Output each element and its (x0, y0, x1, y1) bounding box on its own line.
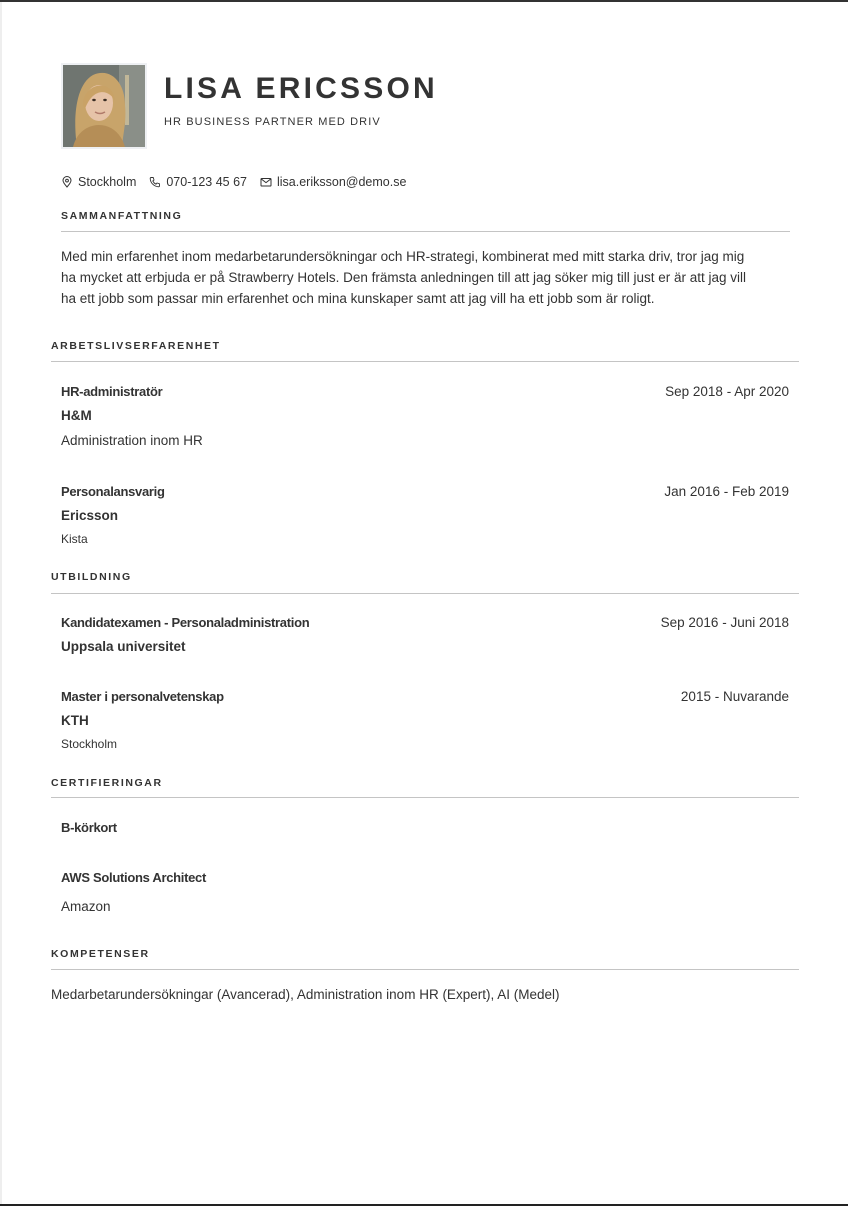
education-entry: Master i personalvetenskap 2015 - Nuvara… (61, 689, 789, 752)
section-title-experience: ARBETSLIVSERFARENHET (51, 340, 221, 352)
email-text: lisa.eriksson@demo.se (277, 175, 406, 189)
certification-entry: AWS Solutions Architect Amazon (61, 870, 789, 915)
section-divider (51, 969, 799, 970)
portrait-image (63, 65, 145, 147)
section-divider (51, 797, 799, 798)
summary-line: Med min erfarenhet inom medarbetarunders… (61, 246, 791, 267)
section-title-certifications: CERTIFIERINGAR (51, 777, 163, 789)
job-company: Ericsson (61, 508, 789, 524)
certification-entry: B-körkort (61, 820, 789, 836)
summary-line: ha ett jobb som passar min erfarenhet oc… (61, 288, 791, 309)
summary-line: ha mycket att erbjuda er på Strawberry H… (61, 267, 791, 288)
school-name: KTH (61, 713, 789, 729)
section-title-skills: KOMPETENSER (51, 948, 150, 960)
map-pin-icon (61, 176, 73, 188)
certification-name: B-körkort (61, 820, 789, 836)
education-entry: Kandidatexamen - Personaladministration … (61, 615, 789, 655)
skills-text: Medarbetarundersökningar (Avancerad), Ad… (51, 987, 559, 1003)
phone-text: 070-123 45 67 (166, 175, 247, 189)
job-dates: Sep 2018 - Apr 2020 (665, 384, 789, 400)
summary-text: Med min erfarenhet inom medarbetarunders… (61, 246, 791, 309)
section-divider (51, 593, 799, 594)
job-dates: Jan 2016 - Feb 2019 (664, 484, 789, 500)
job-description: Administration inom HR (61, 433, 789, 449)
job-company: H&M (61, 408, 789, 424)
section-title-summary: SAMMANFATTNING (61, 210, 182, 222)
education-dates: 2015 - Nuvarande (681, 689, 789, 705)
section-divider (51, 361, 799, 362)
school-location: Stockholm (61, 737, 789, 752)
page-top-border (0, 0, 848, 2)
phone-icon (149, 176, 161, 188)
education-dates: Sep 2016 - Juni 2018 (661, 615, 789, 631)
candidate-tagline: HR BUSINESS PARTNER MED DRIV (164, 115, 438, 129)
certification-name: AWS Solutions Architect (61, 870, 789, 886)
section-title-education: UTBILDNING (51, 571, 132, 583)
candidate-name: LISA ERICSSON (164, 72, 438, 106)
experience-entry: HR-administratör Sep 2018 - Apr 2020 H&M… (61, 384, 789, 449)
school-name: Uppsala universitet (61, 639, 789, 655)
profile-photo (61, 63, 147, 149)
contact-row: Stockholm 070-123 45 67 lisa.eriksson@de… (61, 175, 419, 189)
degree-title: Master i personalvetenskap (61, 689, 789, 705)
job-location: Kista (61, 532, 789, 547)
contact-phone: 070-123 45 67 (149, 175, 247, 189)
experience-entry: Personalansvarig Jan 2016 - Feb 2019 Eri… (61, 484, 789, 547)
certification-issuer: Amazon (61, 899, 789, 915)
page-left-edge (0, 2, 2, 1204)
section-divider (61, 231, 790, 232)
location-text: Stockholm (78, 175, 136, 189)
mail-icon (260, 176, 272, 188)
contact-email: lisa.eriksson@demo.se (260, 175, 406, 189)
contact-location: Stockholm (61, 175, 136, 189)
resume-header: LISA ERICSSON HR BUSINESS PARTNER MED DR… (61, 63, 438, 149)
